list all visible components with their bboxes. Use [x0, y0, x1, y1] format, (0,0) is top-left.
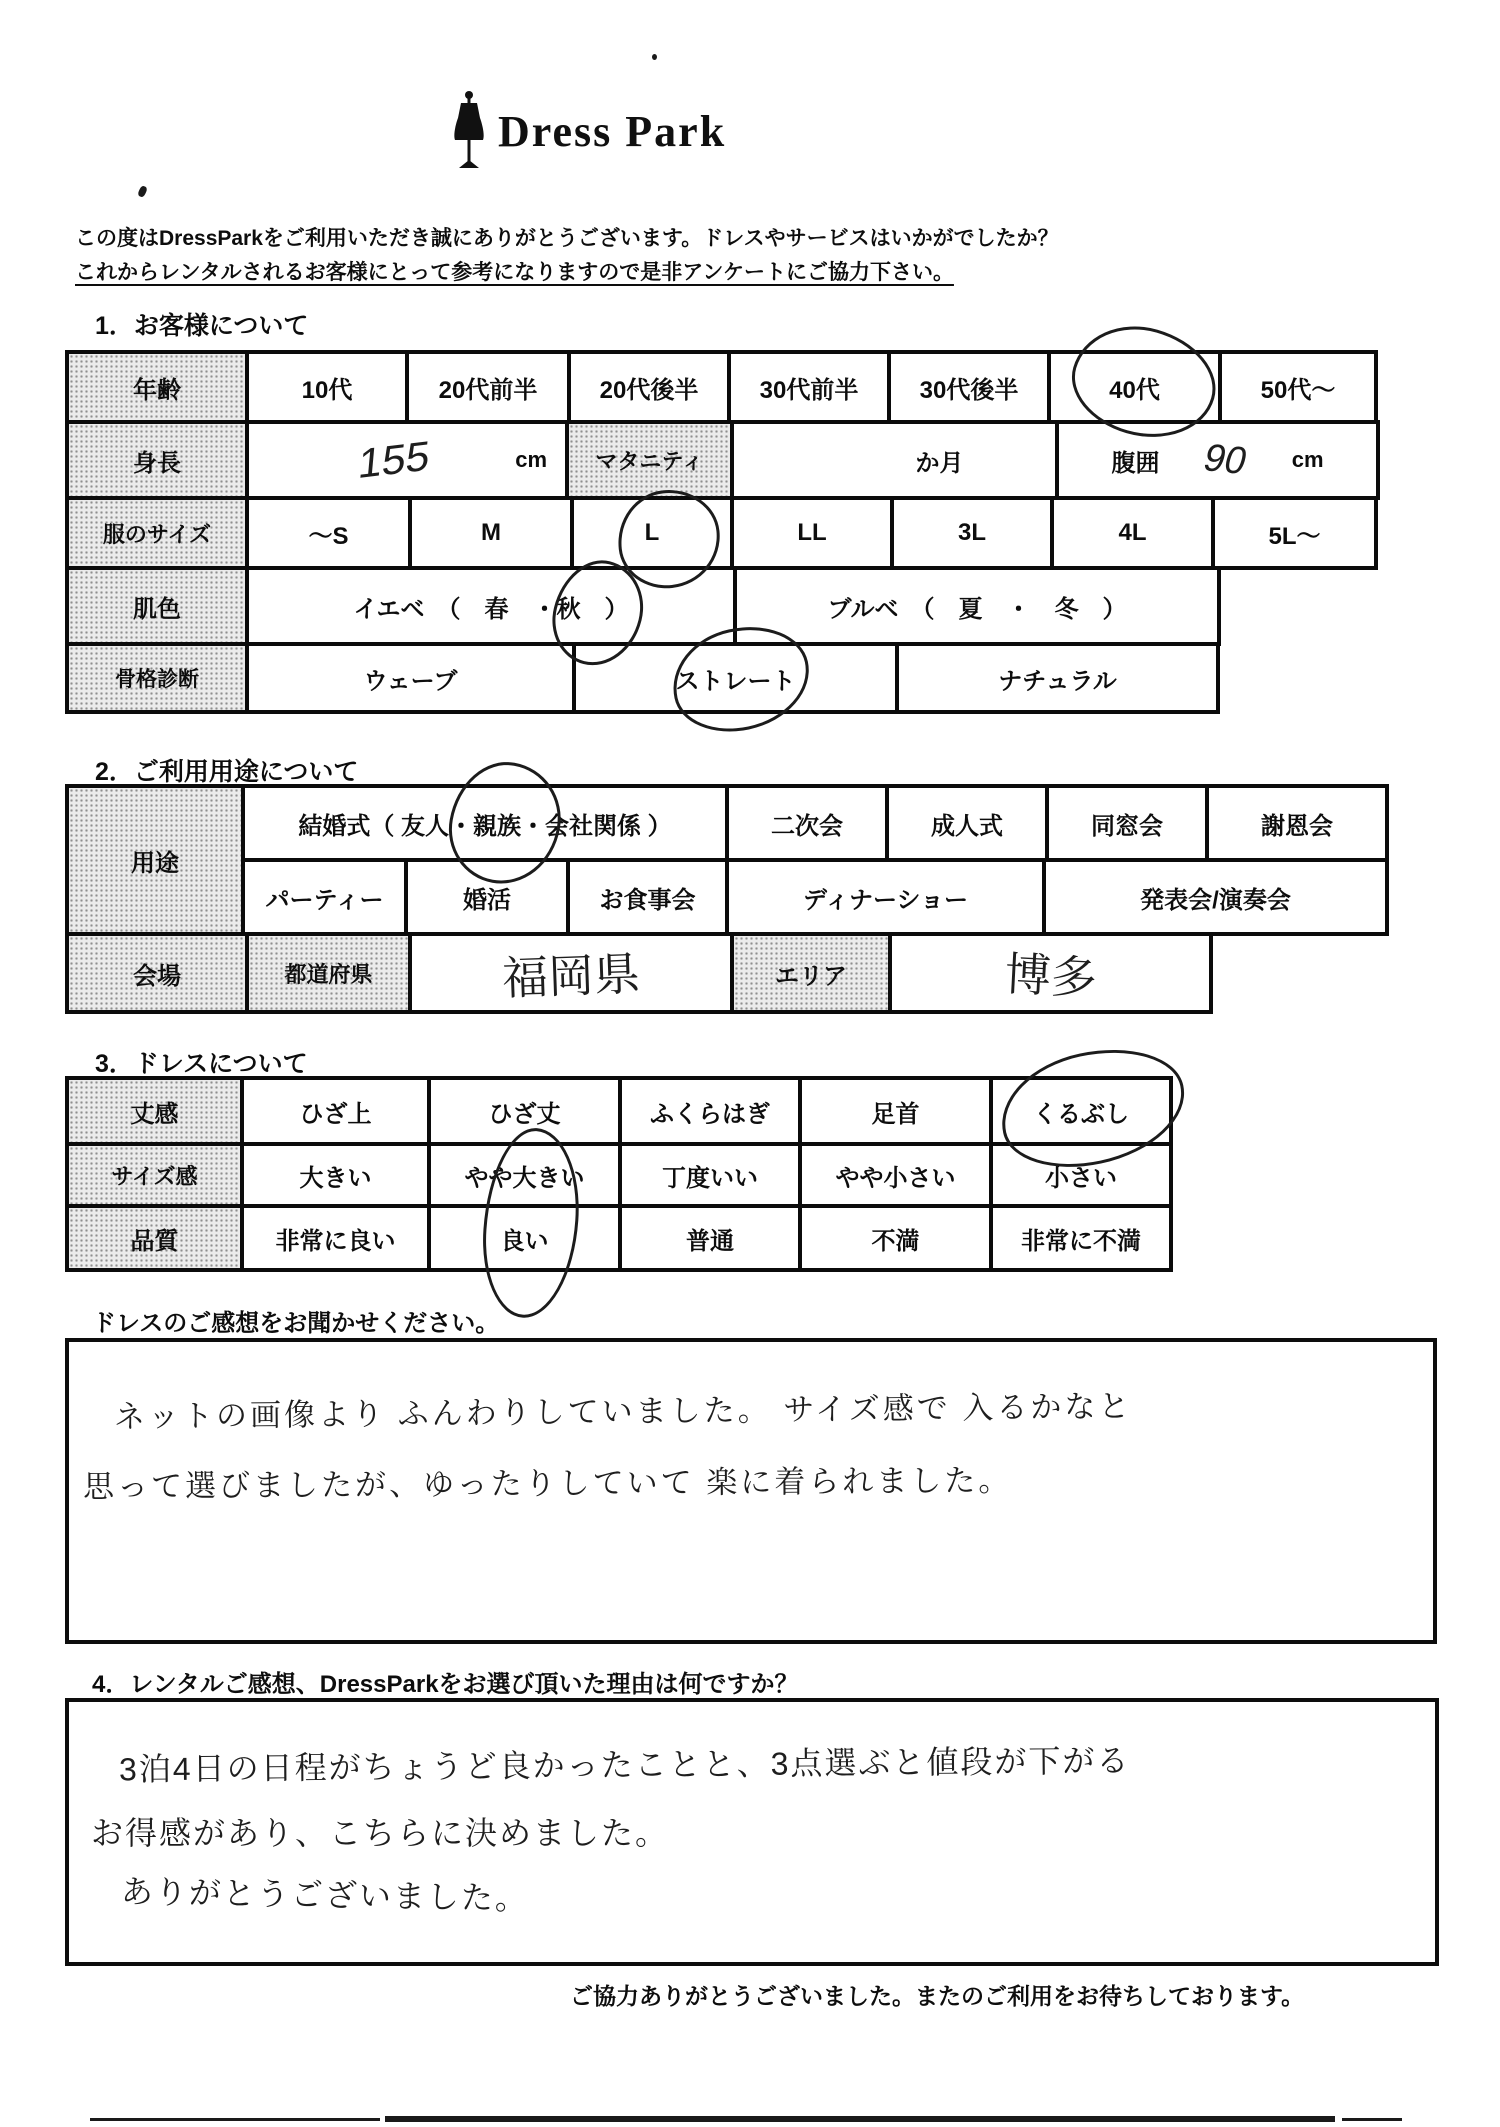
length-option-calf: ふくらはぎ: [622, 1080, 802, 1142]
size-option-4l: 4L: [1054, 500, 1215, 566]
logo-text: Dress Park: [498, 106, 726, 157]
venue-header: 会場: [69, 936, 249, 1010]
usage-option-recital: 発表会/演奏会: [1046, 862, 1385, 932]
dress-comment-line-1: ネットの画像より ふんわりしていました。 サイズ感で 入るかなと: [114, 1381, 1133, 1437]
prefecture-handwritten-value: 福岡県: [501, 938, 641, 1009]
size-option-m: M: [412, 500, 574, 566]
skin-yellow-post: ）: [581, 589, 629, 624]
dress-form-icon: [452, 90, 486, 172]
size-option-l: L: [574, 500, 734, 566]
fit-option-just-right: 丁度いい: [622, 1146, 802, 1204]
quality-row: 品質 非常に良い 良い 普通 不満 非常に不満: [65, 1204, 1173, 1272]
age-row: 年齢 10代 20代前半 20代後半 30代前半 30代後半 40代 50代〜: [65, 350, 1378, 424]
size-option-s: 〜S: [249, 500, 412, 566]
maternity-months-cell: か月: [734, 424, 1059, 496]
section2-title: 2．ご利用用途について: [95, 752, 358, 788]
venue-row: 会場 都道府県 福岡県 エリア 博多: [65, 932, 1213, 1014]
waist-unit: cm: [1292, 447, 1324, 473]
scan-speck: [652, 54, 657, 60]
fit-option-slightly-big: やや大きい: [431, 1146, 622, 1204]
age-option-early20s: 20代前半: [409, 354, 571, 420]
size-option-5l: 5L〜: [1215, 500, 1374, 566]
usage-option-party: パーティー: [245, 862, 408, 932]
length-header: 丈感: [69, 1080, 244, 1142]
size-option-3l: 3L: [894, 500, 1054, 566]
section1-title: 1．お客様について: [95, 306, 308, 342]
clothing-size-header: 服のサイズ: [69, 500, 249, 566]
fit-option-small: 小さい: [993, 1146, 1169, 1204]
height-handwritten-value: 155: [356, 432, 432, 488]
usage-option-dinnershow: ディナーショー: [729, 862, 1046, 932]
wedding-relatives: 親族: [473, 806, 521, 841]
waist-cell: 腹囲 90 cm: [1059, 424, 1376, 496]
usage-row-a: 結婚式（ 友人・ 親族 ・会社関係 ） 二次会 成人式 同窓会 謝恩会: [241, 784, 1389, 862]
footer-thanks: ご協力ありがとうございました。またのご利用をお待ちしております。: [570, 1978, 1304, 2011]
waist-handwritten-value: 90: [1199, 436, 1252, 483]
dress-comment-line-2: 思って選びましたが、ゆったりしていて 楽に着られました。: [83, 1455, 1013, 1506]
rental-comment-box: 3泊4日の日程がちょうど良かったことと、3点選ぶと値段が下がる お得感があり、こ…: [65, 1698, 1439, 1966]
scan-line: [1342, 2118, 1402, 2121]
logo: Dress Park: [452, 90, 726, 172]
quality-option-normal: 普通: [622, 1208, 802, 1268]
fit-header: サイズ感: [69, 1146, 244, 1204]
skin-blue-cell: ブルベ （ 夏 ・ 冬 ）: [737, 570, 1217, 642]
rental-comment-line-1: 3泊4日の日程がちょうど良かったことと、3点選ぶと値段が下がる: [119, 1736, 1131, 1791]
length-option-ankle: くるぶし: [993, 1080, 1169, 1142]
age-option-early30s: 30代前半: [731, 354, 891, 420]
frame-diagnosis-row: 骨格診断 ウェーブ ストレート ナチュラル: [65, 642, 1220, 714]
quality-option-unsatisfied: 不満: [802, 1208, 993, 1268]
fit-option-slightly-small: やや小さい: [802, 1146, 993, 1204]
area-value-cell: 博多: [892, 936, 1209, 1010]
fit-row: サイズ感 大きい やや大きい 丁度いい やや小さい 小さい: [65, 1142, 1173, 1208]
usage-option-konkatsu: 婚活: [408, 862, 570, 932]
usage-option-reunion: 同窓会: [1049, 788, 1209, 858]
quality-option-very-unsatisfied: 非常に不満: [993, 1208, 1169, 1268]
wedding-post: ・会社関係 ）: [521, 806, 672, 841]
height-value-cell: 155 cm: [249, 424, 569, 496]
section3-title: 3．ドレスについて: [95, 1044, 308, 1080]
maternity-header: マタニティ: [569, 424, 734, 496]
length-row: 丈感 ひざ上 ひざ丈 ふくらはぎ 足首 くるぶし: [65, 1076, 1173, 1146]
frame-diagnosis-header: 骨格診断: [69, 646, 249, 710]
frame-option-straight: ストレート: [576, 646, 899, 710]
skin-yellow-cell: イエベ （ 春 ・ 秋 ）: [249, 570, 737, 642]
age-option-late20s: 20代後半: [571, 354, 731, 420]
prefecture-header: 都道府県: [249, 936, 412, 1010]
age-option-50s: 50代〜: [1222, 354, 1374, 420]
usage-header-label: 用途: [69, 788, 241, 932]
dress-comment-label: ドレスのご感想をお聞かせください。: [92, 1303, 499, 1338]
skin-tone-header: 肌色: [69, 570, 249, 642]
section4-title: 4．レンタルご感想、DressParkをお選び頂いた理由は何ですか？: [92, 1664, 799, 1699]
usage-row-b: パーティー 婚活 お食事会 ディナーショー 発表会/演奏会: [241, 858, 1389, 936]
quality-option-good: 良い: [431, 1208, 622, 1268]
height-header: 身長: [69, 424, 249, 496]
prefecture-value-cell: 福岡県: [412, 936, 734, 1010]
scan-speck: [137, 185, 148, 198]
height-unit: cm: [515, 447, 547, 473]
fit-option-big: 大きい: [244, 1146, 431, 1204]
age-header: 年齢: [69, 354, 249, 420]
skin-yellow-pre: イエベ （ 春 ・: [353, 589, 556, 624]
area-handwritten-value: 博多: [1003, 938, 1098, 1009]
dress-comment-box: ネットの画像より ふんわりしていました。 サイズ感で 入るかなと 思って選びまし…: [65, 1338, 1437, 1644]
usage-wedding-cell: 結婚式（ 友人・ 親族 ・会社関係 ）: [245, 788, 729, 858]
rental-comment-line-3: ありがとうございました。: [121, 1866, 530, 1919]
length-option-knee: ひざ丈: [431, 1080, 622, 1142]
frame-option-wave: ウェーブ: [249, 646, 576, 710]
age-option-10s: 10代: [249, 354, 409, 420]
length-option-ankle-joint: 足首: [802, 1080, 993, 1142]
clothing-size-row: 服のサイズ 〜S M L LL 3L 4L 5L〜: [65, 496, 1378, 570]
rental-comment-line-2: お得感があり、こちらに決めました。: [91, 1808, 669, 1854]
age-option-40s: 40代: [1051, 354, 1222, 420]
scan-line: [385, 2116, 1335, 2122]
intro-line-2: これからレンタルされるお客様にとって参考になりますので是非アンケートにご協力下さ…: [75, 256, 954, 286]
quality-option-very-good: 非常に良い: [244, 1208, 431, 1268]
usage-header-cell: 用途: [65, 784, 245, 936]
usage-option-thanks-party: 謝恩会: [1209, 788, 1385, 858]
length-option-above-knee: ひざ上: [244, 1080, 431, 1142]
usage-option-coming-of-age: 成人式: [889, 788, 1049, 858]
skin-yellow-autumn: 秋: [557, 589, 581, 624]
usage-option-afterparty: 二次会: [729, 788, 889, 858]
intro-line-1: この度はDressParkをご利用いただき誠にありがとうございます。ドレスやサー…: [75, 222, 1059, 252]
wedding-pre: 結婚式（ 友人・: [298, 806, 473, 841]
area-header: エリア: [734, 936, 892, 1010]
scanned-survey-form: Dress Park この度はDressParkをご利用いただき誠にありがとうご…: [0, 0, 1500, 2127]
size-option-ll: LL: [734, 500, 894, 566]
quality-header: 品質: [69, 1208, 244, 1268]
height-row: 身長 155 cm マタニティ か月 腹囲 90 cm: [65, 420, 1380, 500]
age-option-late30s: 30代後半: [891, 354, 1051, 420]
skin-tone-row: 肌色 イエベ （ 春 ・ 秋 ） ブルベ （ 夏 ・ 冬 ）: [65, 566, 1221, 646]
usage-option-dinner: お食事会: [570, 862, 729, 932]
frame-option-natural: ナチュラル: [899, 646, 1216, 710]
scan-line: [90, 2118, 380, 2121]
waist-label: 腹囲: [1111, 443, 1159, 478]
